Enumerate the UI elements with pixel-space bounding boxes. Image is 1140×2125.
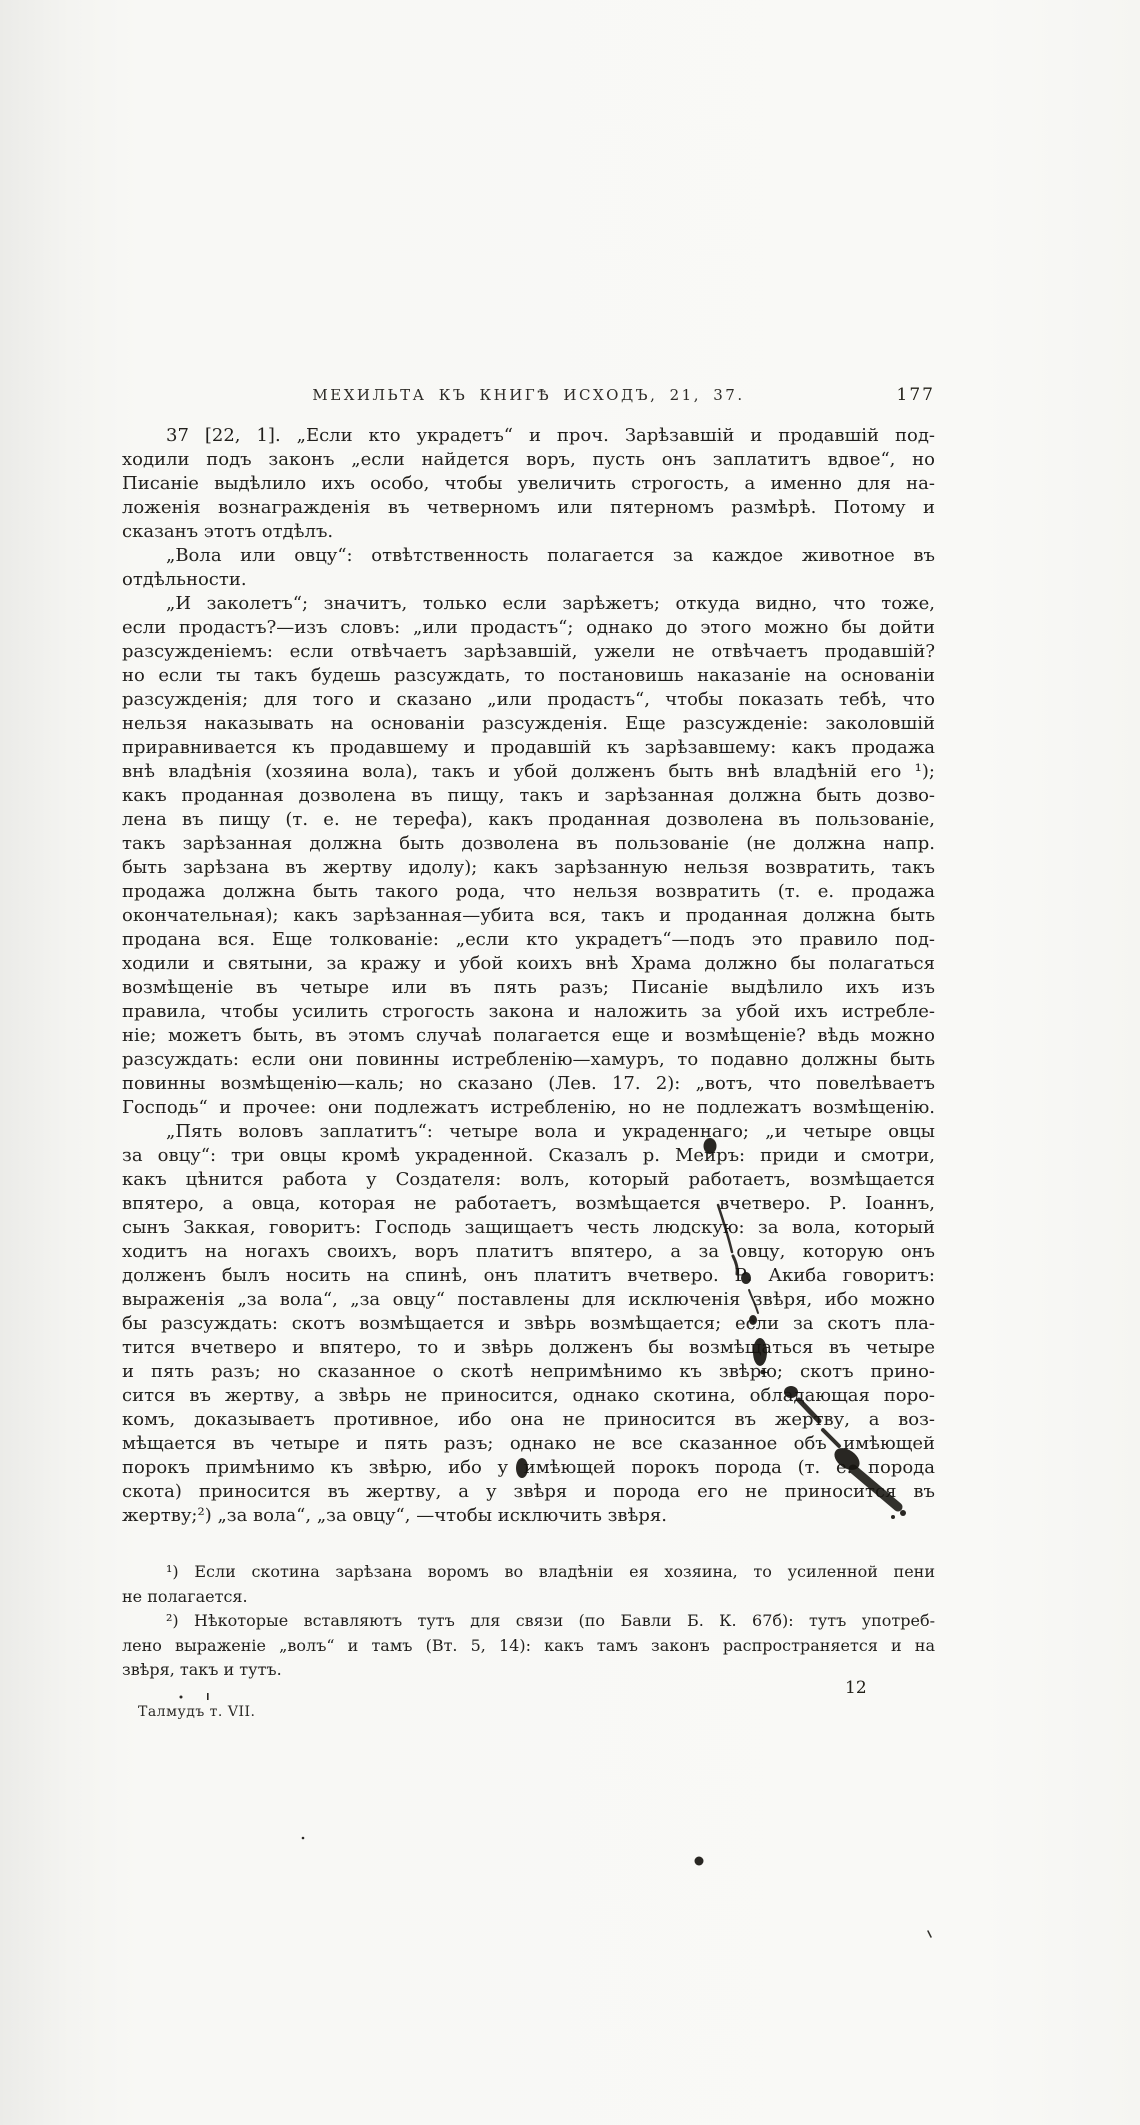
text-line: приравнивается къ продавшему и продавшій… — [122, 736, 935, 760]
volume-label: Талмудъ т. VII. — [138, 1704, 255, 1720]
text-line: звѣря, такъ и тутъ. — [122, 1658, 935, 1683]
body-text: 37 [22, 1]. „Если кто украдетъ“ и проч. … — [122, 424, 935, 1528]
text-line: какъ цѣнится работа у Создателя: волъ, к… — [122, 1168, 935, 1192]
text-line: „Вола или овцу“: отвѣтственность полагае… — [122, 544, 935, 568]
text-line: не полагается. — [122, 1585, 935, 1610]
text-line: какъ проданная дозволена въ пищу, такъ и… — [122, 784, 935, 808]
text-line: продажа должна быть такого рода, что нел… — [122, 880, 935, 904]
text-line: тится вчетверо и впятеро, то и звѣрь дол… — [122, 1336, 935, 1360]
text-line: разсужденія; для того и сказано „или про… — [122, 688, 935, 712]
text-line: выраженія „за вола“, „за овцу“ поставлен… — [122, 1288, 935, 1312]
text-line: комъ, доказываетъ противное, ибо она не … — [122, 1408, 935, 1432]
text-line: но если ты такъ будешь разсуждать, то по… — [122, 664, 935, 688]
text-line: повинны возмѣщенію—каль; но сказано (Лев… — [122, 1072, 935, 1096]
header-title: МЕХИЛЬТА КЪ КНИГѢ ИСХОДЪ, 21, 37. — [312, 386, 744, 404]
text-line: если продастъ?—изъ словъ: „или продастъ“… — [122, 616, 935, 640]
text-line: и пять разъ; но сказанное о скотѣ неприм… — [122, 1360, 935, 1384]
text-line: Писаніе выдѣлило ихъ особо, чтобы увелич… — [122, 472, 935, 496]
text-line: ложенія вознагражденія въ четверномъ или… — [122, 496, 935, 520]
scanned-book-page: { "colors": { "paper": "#f8f8f5", "ink":… — [0, 0, 1140, 2125]
text-line: жертву;²) „за вола“, „за овцу“, —чтобы и… — [122, 1504, 935, 1528]
text-line: ²) Нѣкоторые вставляютъ тутъ для связи (… — [122, 1609, 935, 1634]
text-line: долженъ былъ носить на спинѣ, онъ платит… — [122, 1264, 935, 1288]
footnote-section: ¹) Если скотина зарѣзана воромъ во владѣ… — [122, 1560, 935, 1683]
text-line: ¹) Если скотина зарѣзана воромъ во владѣ… — [122, 1560, 935, 1585]
text-line: сится въ жертву, а звѣрь не приносится, … — [122, 1384, 935, 1408]
text-line: мѣщается въ четыре и пять разъ; однако н… — [122, 1432, 935, 1456]
text-line: окончательная); какъ зарѣзанная—убита вс… — [122, 904, 935, 928]
text-line: ходитъ на ногахъ своихъ, воръ платитъ вп… — [122, 1240, 935, 1264]
text-line: разсужденіемъ: если отвѣчаетъ зарѣзавшій… — [122, 640, 935, 664]
text-line: продана вся. Еще толкованіе: „если кто у… — [122, 928, 935, 952]
text-line: сынъ Заккая, говоритъ: Господь защищаетъ… — [122, 1216, 935, 1240]
text-line: ходили и святыни, за кражу и убой коихъ … — [122, 952, 935, 976]
text-line: сказанъ этотъ отдѣлъ. — [122, 520, 935, 544]
text-line: возмѣщеніе въ четыре или въ пять разъ; П… — [122, 976, 935, 1000]
text-line: нельзя наказывать на основаніи разсужден… — [122, 712, 935, 736]
text-line: 37 [22, 1]. „Если кто украдетъ“ и проч. … — [122, 424, 935, 448]
text-line: „И заколетъ“; значитъ, только если зарѣж… — [122, 592, 935, 616]
text-line: порокъ примѣнимо къ звѣрю, ибо у имѣющей… — [122, 1456, 935, 1480]
running-header: МЕХИЛЬТА КЪ КНИГѢ ИСХОДЪ, 21, 37. 177 — [122, 386, 935, 408]
text-line: за овцу“: три овцы кромѣ украденной. Ска… — [122, 1144, 935, 1168]
text-line: лена въ пищу (т. е. не терефа), какъ про… — [122, 808, 935, 832]
text-line: разсуждать: если они повинны истребленію… — [122, 1048, 935, 1072]
text-line: лено выраженіе „волъ“ и тамъ (Вт. 5, 14)… — [122, 1634, 935, 1659]
text-line: быть зарѣзана въ жертву идолу); какъ зар… — [122, 856, 935, 880]
page-number: 177 — [897, 385, 935, 405]
text-line: „Пять воловъ заплатитъ“: четыре вола и у… — [122, 1120, 935, 1144]
text-line: внѣ владѣнія (хозяина вола), такъ и убой… — [122, 760, 935, 784]
text-line: Господь“ и прочее: они подлежатъ истребл… — [122, 1096, 935, 1120]
text-line: впятеро, а овца, которая не работаетъ, в… — [122, 1192, 935, 1216]
text-line: ніе; можетъ быть, въ этомъ случаѣ полага… — [122, 1024, 935, 1048]
text-line: такъ зарѣзанная должна быть дозволена въ… — [122, 832, 935, 856]
text-line: правила, чтобы усилить строгость закона … — [122, 1000, 935, 1024]
text-line: скота) приносится въ жертву, а у звѣря и… — [122, 1480, 935, 1504]
text-line: отдѣльности. — [122, 568, 935, 592]
text-line: ходили подъ законъ „если найдется воръ, … — [122, 448, 935, 472]
text-line: бы разсуждать: скотъ возмѣщается и звѣрь… — [122, 1312, 935, 1336]
signature-number: 12 — [845, 1678, 867, 1698]
